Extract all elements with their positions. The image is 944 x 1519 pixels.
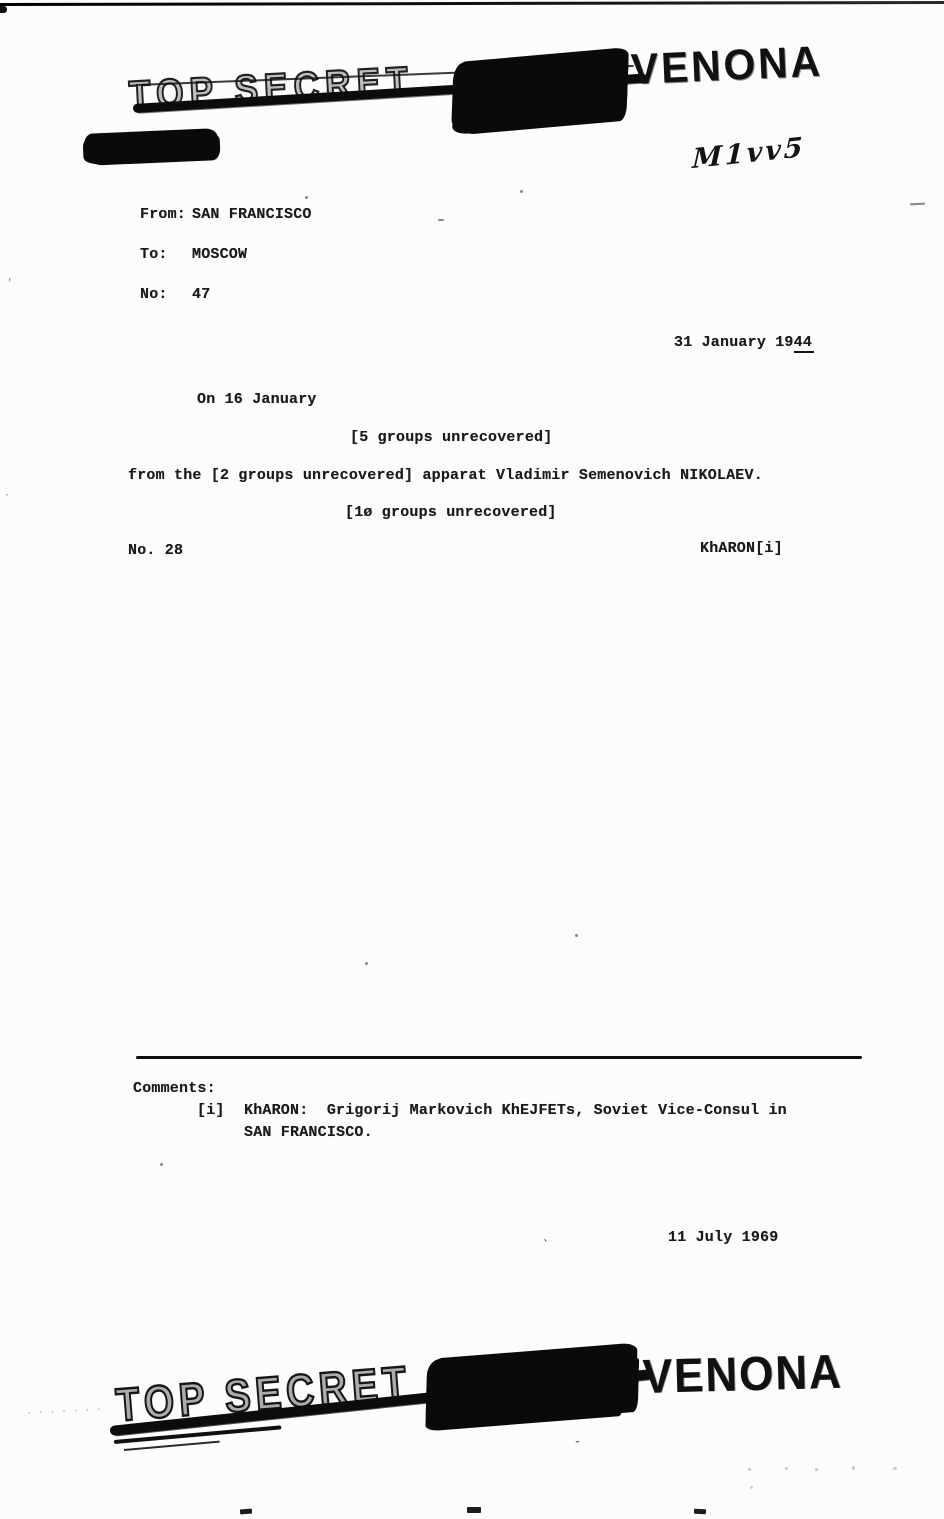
stamp-underline-bottom-2 — [124, 1441, 220, 1451]
date-line: 31 January 1944 — [674, 334, 814, 351]
date-underlined-digits: 44 — [794, 334, 814, 353]
speck-10 — [852, 1466, 855, 1470]
speck-1 — [305, 196, 308, 199]
from-value: SAN FRANCISCO — [192, 206, 312, 223]
speck-2 — [520, 190, 523, 193]
speck-7 — [748, 1468, 751, 1471]
body-line-on: On 16 January — [197, 391, 317, 408]
speck-3 — [438, 219, 444, 221]
date-prefix: 31 January 19 — [674, 334, 794, 351]
release-date: 11 July 1969 — [668, 1229, 778, 1246]
ink-dot-trail: ·····­·· — [26, 1404, 108, 1420]
comment-line2: SAN FRANCISCO. — [244, 1124, 373, 1141]
redaction-blob-top-large — [451, 48, 629, 132]
scan-edge-line — [0, 1, 944, 6]
feed-dash-1 — [240, 1509, 252, 1515]
to-label: To: — [140, 246, 168, 263]
feed-dash-2 — [467, 1507, 481, 1513]
body-line-unrecovered-5: [5 groups unrecovered] — [350, 429, 552, 446]
margin-dash-right — [910, 203, 925, 206]
no-value: 47 — [192, 286, 210, 303]
redaction-blob-bottom — [425, 1344, 636, 1427]
speck-6 — [160, 1163, 163, 1166]
speck-9 — [815, 1468, 818, 1471]
margin-mark-left-1: ' — [8, 276, 11, 290]
handwritten-note: M1vv5 — [692, 132, 806, 175]
internal-number: No. 28 — [128, 542, 183, 559]
divider-rule — [136, 1056, 862, 1059]
venona-stamp-top: VENONA — [630, 38, 824, 95]
speck-8 — [785, 1467, 788, 1470]
comment-line1: KhARON: Grigorij Markovich KhEJFETs, Sov… — [244, 1102, 787, 1119]
pen-tick: ` — [543, 1238, 549, 1252]
feed-dash-3 — [694, 1509, 706, 1515]
speck-4 — [365, 962, 368, 965]
no-label: No: — [140, 286, 168, 303]
to-value: MOSCOW — [192, 246, 247, 263]
speck-5 — [575, 934, 578, 937]
comment-ref: [i] — [197, 1102, 225, 1119]
body-line-from: from the [2 groups unrecovered] apparat … — [128, 467, 763, 484]
comments-label: Comments: — [133, 1080, 216, 1097]
speck-11 — [893, 1467, 897, 1470]
margin-mark-left-2: · — [5, 488, 9, 502]
stamp-smudge: - — [574, 1434, 581, 1449]
document-scan-page: TOP SECRET VENONA M1vv5 From: SAN FRANCI… — [0, 0, 944, 1519]
scan-edge-nub — [0, 6, 7, 13]
body-line-unrecovered-10: [1ø groups unrecovered] — [345, 504, 557, 521]
signature-codename: KhARON[i] — [700, 540, 783, 557]
speck-12 — [750, 1486, 753, 1489]
redaction-blob-top-small — [83, 128, 218, 165]
venona-stamp-bottom: VENONA — [642, 1345, 843, 1405]
from-label: From: — [140, 206, 186, 223]
